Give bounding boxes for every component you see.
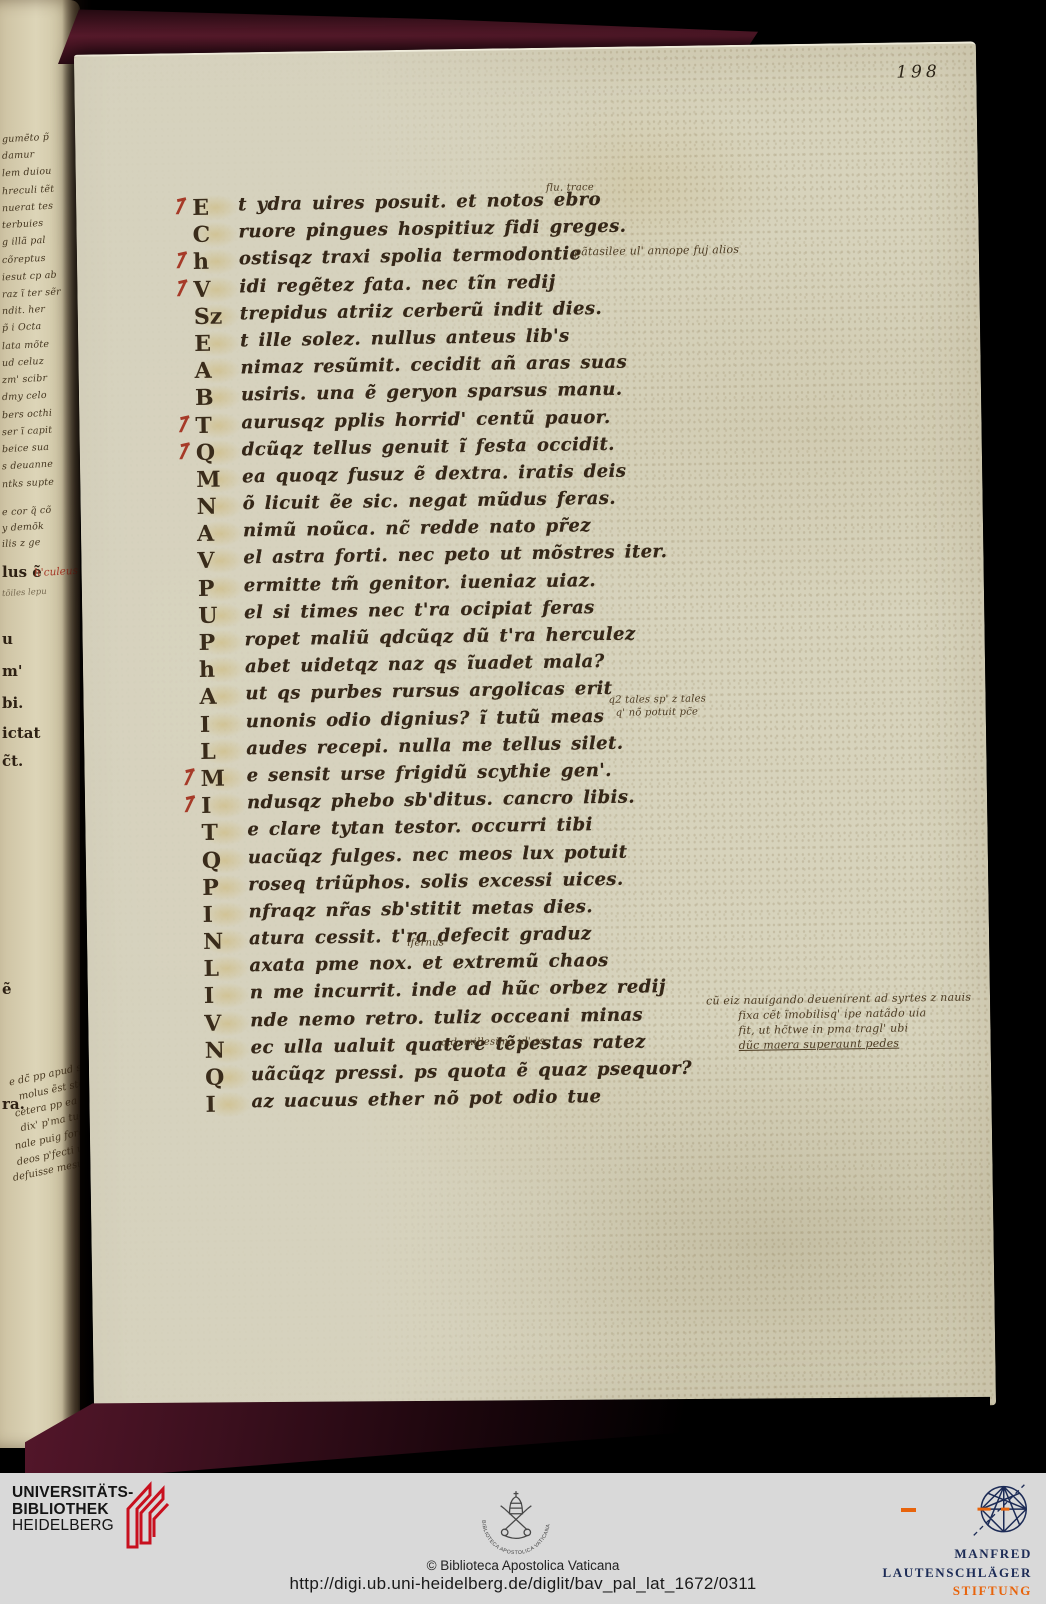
line-initial: V <box>193 276 239 303</box>
line-initial: A <box>199 684 245 711</box>
facing-page-text: damur <box>2 149 35 162</box>
line-text: ruore pingues hospitiuz fidi greges. <box>238 216 626 243</box>
facing-page-text: p̃ i Octa <box>2 321 42 334</box>
facing-page-text: ẽ <box>2 980 12 998</box>
line-text: nimaz resũmit. cecidit añ aras suas <box>240 352 627 379</box>
footer-bar: UNIVERSITÄTS- BIBLIOTHEK HEIDELBERG BIBL… <box>0 1473 1046 1604</box>
stiftung-line1: MANFRED <box>882 1545 1032 1564</box>
facing-page-text: zm' scibr <box>2 373 48 386</box>
facing-page-text: ilis z ge <box>2 537 41 550</box>
facing-page-text: cõreptus <box>2 253 46 266</box>
line-initial: C <box>192 222 238 249</box>
line-text: axata pme nox. et extremũ chaos <box>249 950 608 976</box>
line-initial: M <box>200 765 246 792</box>
line-initial: Q <box>205 1064 251 1091</box>
line-initial: Q <box>196 439 242 466</box>
vatican-keys-tiara-icon <box>501 1491 532 1538</box>
line-initial: V <box>197 548 243 575</box>
facing-page-text: gumẽto p̃ <box>2 132 50 145</box>
line-initial: N <box>196 493 242 520</box>
line-text: ostisqz traxi spolia termodontie <box>239 244 582 270</box>
marginal-gloss: q2 tales sp' z tales <box>608 693 706 705</box>
ub-heidelberg-logo: UNIVERSITÄTS- BIBLIOTHEK HEIDELBERG <box>12 1485 133 1535</box>
line-text: nimũ noũca. nc̃ redde nato pr̃ez <box>243 515 591 541</box>
line-initial: P <box>198 629 244 656</box>
stiftung-line2: LAUTENSCHLÄGER <box>882 1564 1032 1583</box>
facing-page-text: u <box>2 630 13 648</box>
facing-page-text: ud celuz <box>2 356 44 369</box>
line-text: ropet maliũ qdcũqz dũ t'ra herculez <box>244 623 635 650</box>
line-text: audes recepi. nulla me tellus silet. <box>246 732 623 759</box>
line-initial: I <box>201 792 247 819</box>
marginal-gloss: ifernus <box>407 937 444 949</box>
line-text: roseq triũphos. solis excessi uices. <box>248 868 624 895</box>
line-text: t ille solez. nullus anteus lib's <box>240 325 570 351</box>
line-text: el si times nec t'ra ocipiat feras <box>244 597 595 623</box>
line-initial: Q <box>202 847 248 874</box>
facing-page-text: iesut cp ab <box>2 270 57 284</box>
line-initial: A <box>194 357 240 384</box>
line-initial: A <box>197 521 243 548</box>
manuscript-photo: gumẽto p̃damurlem duiouhreculi tẽtnuerat… <box>0 0 1046 1473</box>
marginal-gloss: fixa cẽt ĩmobilisq' ipe natãdo uia <box>738 1006 926 1022</box>
line-text: unonis odio dignius? ĩ tutũ meas <box>246 706 605 732</box>
line-initial: I <box>203 901 249 928</box>
facing-page-text: bers octhi <box>2 408 53 422</box>
facing-page-text: nuerat tes <box>2 201 54 215</box>
facing-page-text: terbuies <box>2 218 44 231</box>
line-initial: I <box>200 711 246 738</box>
line-text: uacũqz fulges. nec meos lux potuit <box>248 841 628 868</box>
line-text: az uacuus ether nõ pot odio tue <box>251 1086 601 1112</box>
line-initial: T <box>201 820 247 847</box>
line-text: ndusqz phebo sb'ditus. cancro libis. <box>247 787 635 814</box>
line-initial: M <box>196 466 242 493</box>
facing-page-text: ser ĩ capit <box>2 425 53 439</box>
marginal-gloss: q' nõ potuit pc̃e <box>616 707 699 719</box>
line-text: õ licuit ẽe sic. negat mũdus feras. <box>242 488 616 515</box>
line-text: dcũqz tellus genuit ĩ festa occidit. <box>242 433 615 460</box>
line-initial: T <box>195 412 241 439</box>
leather-cover-bottom <box>25 1392 990 1473</box>
marginal-gloss: q.d. millesima ul' ss <box>441 1036 545 1049</box>
line-text: usiris. una ẽ geryon sparsus manu. <box>241 379 623 406</box>
line-text: nfraqz nr̃as sb'stitit metas dies. <box>249 896 594 922</box>
line-text: e sensit urse frigidũ scythie gen'. <box>246 760 611 786</box>
line-initial: E <box>192 194 238 221</box>
line-initial: I <box>204 983 250 1010</box>
line-initial: h <box>193 249 239 276</box>
line-initial: N <box>205 1037 251 1064</box>
facing-page-text: m' <box>2 662 22 680</box>
lautenschlaeger-compass-icon <box>970 1481 1030 1541</box>
line-text: ut qs purbes rursus argolicas erit <box>245 678 612 704</box>
line-text: ea quoqz fusuz ẽ dextra. iratis deis <box>242 460 626 487</box>
facing-page-text: e cor q̃ cõ <box>2 505 52 519</box>
line-initial: L <box>203 956 249 983</box>
facing-page-text: y demõk <box>2 521 45 534</box>
facing-page-text: lem duiou <box>2 166 52 180</box>
line-initial: Sz <box>194 303 240 330</box>
facing-page-text: hreculi tẽt <box>2 184 55 198</box>
orange-dash <box>901 1508 916 1512</box>
line-initial: B <box>195 385 241 412</box>
vatican-library-emblem: BIBLIOTECA APOSTOLICA VATICANA <box>452 1475 580 1564</box>
line-initial: L <box>200 738 246 765</box>
line-text: idi regẽtez fata. nec tĩn redij <box>239 271 555 297</box>
facing-page-text: c̃t. <box>2 752 23 770</box>
facing-page-text: lata mõte <box>2 339 50 352</box>
facing-page-text: raz ĩ ter sẽr <box>2 286 61 300</box>
facing-page-text: bi. <box>2 694 23 712</box>
line-text: ermitte tm̃ genitor. iueniaz uiaz. <box>244 570 596 596</box>
line-initial: P <box>198 575 244 602</box>
line-initial: E <box>194 330 240 357</box>
line-initial: V <box>204 1010 250 1037</box>
line-text: e clare tytan testor. occurri tibi <box>247 814 593 840</box>
facing-page-text: ictat <box>2 724 40 742</box>
line-initial: h <box>199 656 245 683</box>
manuscript-text-block: Et ydra uires posuit. et notos ebroCruor… <box>74 43 992 1121</box>
facing-page-text: beice sua <box>2 442 50 455</box>
facing-page-text: ntks supte <box>2 477 55 491</box>
marginal-gloss: fit, ut hc̃twe in pma tragl' ubi <box>738 1021 908 1037</box>
manuscript-page: 198 Et ydra uires posuit. et notos ebroC… <box>74 41 996 1418</box>
line-text: aurusqz pplis horrid' centũ pauor. <box>241 406 611 432</box>
line-text: nde nemo retro. tuliz occeani minas <box>250 1004 643 1031</box>
digitized-manuscript-view: gumẽto p̃damurlem duiouhreculi tẽtnuerat… <box>0 0 1046 1604</box>
facing-page-text: ndit. her <box>2 304 46 317</box>
line-text: abet uidetqz naz qs ĩuadet mala? <box>245 651 605 677</box>
line-initial: I <box>205 1091 251 1118</box>
stiftung-line3: STIFTUNG <box>882 1582 1032 1601</box>
line-initial: U <box>198 602 244 629</box>
marginal-gloss: pãtasilee ul' annope fuj alios <box>574 243 739 258</box>
facing-page-text: g illã pal <box>2 235 46 248</box>
facing-page-text: dmy celo <box>2 390 47 403</box>
marginal-gloss: dũc maera superaunt pedes <box>739 1037 900 1052</box>
lautenschlaeger-wordmark: MANFRED LAUTENSCHLÄGER STIFTUNG <box>882 1545 1032 1601</box>
line-initial: P <box>202 874 248 901</box>
line-initial: N <box>203 928 249 955</box>
facing-page-text: tõiles lepu <box>2 587 47 599</box>
ub-book-icon <box>116 1479 172 1555</box>
facing-page-text: s deuanne <box>2 459 54 473</box>
marginal-gloss: flu. trace <box>546 182 594 194</box>
line-text: trepidus atriiz cerberũ indit dies. <box>240 298 603 324</box>
